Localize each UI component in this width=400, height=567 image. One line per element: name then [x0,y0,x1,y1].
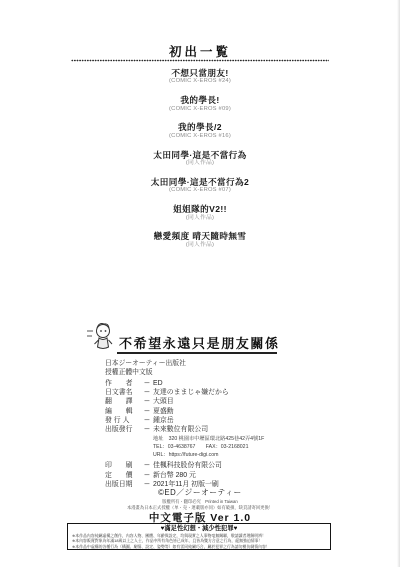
credit-row: 日文書名 ─ 友達のままじゃ嫌だから [105,388,264,397]
credit-row: 編 輯 ─ 夏盛勳 [105,407,264,416]
chapter-title: 我的學長! [0,95,400,105]
credit-value: 新台幣 280 元 [153,471,196,481]
credit-row: 印 刷 ─ 佳楓科技股份有限公司 [105,461,264,471]
credit-value: ED [153,379,163,388]
chapter-source: (同人作品) [0,160,400,167]
credit-label: 作 者 [105,379,141,388]
credit-row: 發 行 人 ─ 鍾京岳 [105,416,264,425]
credit-label: 發 行 人 [105,416,141,425]
credit-label: 編 輯 [105,407,141,416]
publisher-tel-fax: TEL：03-4638767 FAX：03-2168021 [153,444,264,452]
credits-table-2: 印 刷 ─ 佳楓科技股份有限公司 定 價 ─ 新台幣 280 元 出版日期 ─ … [105,461,264,490]
credit-dash: ─ [141,425,153,434]
credit-row: 出版發行 ─ 未來數位有限公司 [105,425,264,434]
chapter-title: 戀愛頻度 晴天隨時無雪 [0,231,400,241]
publisher-address: 地址 320 桃園市中壢區環北路425巷42弄4號1F [153,436,264,444]
disclaimer-lines: ※本作品內容純屬虛構之創作，內容人物、團體、年齡與設定，均與現實之人事物毫無關聯… [72,533,326,550]
credit-value: 大頭目 [153,397,174,406]
copyright-line: ©ED／ジーオーティー [0,487,400,498]
chapter-title: 太田同學·這是不當行為2 [0,177,400,187]
credit-row: 翻 譯 ─ 大頭目 [105,397,264,406]
first-publication-list: 不想只當朋友! (COMIC X-EROS #24) 我的學長! (COMIC … [0,68,400,259]
list-item: 太田同學·這是不當行為2 (COMIC X-EROS #07) [0,177,400,195]
credit-value: 夏盛勳 [153,407,174,416]
credit-label: 日文書名 [105,388,141,397]
chapter-source: (同人作品) [0,215,400,222]
chapter-source: (COMIC X-EROS #07) [0,187,400,194]
first-publication-list-title: 初出一覧 [0,42,400,60]
disclaimer-heading: ♥滿足性幻想・減少性犯罪♥ [72,525,326,533]
chapter-title: 不想只當朋友! [0,68,400,78]
chapter-source: (同人作品) [0,242,400,249]
disclaimer-line: ※本作品中虛構的各種行為（構圖、劇情、設定、姿勢等）如有雷同純屬巧合，屬於犯罪之… [72,544,326,550]
credit-row: 定 價 ─ 新台幣 280 元 [105,471,264,481]
title-underline [117,352,277,354]
credit-value: 鍾京岳 [153,416,174,425]
credit-value: 佳楓科技股份有限公司 [153,461,222,471]
list-item: 不想只當朋友! (COMIC X-EROS #24) [0,68,400,86]
credit-label: 出版發行 [105,425,141,434]
publisher-line: 日本ジーオーティー出版社 [105,359,186,368]
chapter-source: (COMIC X-EROS #16) [0,133,400,140]
chapter-title: 太田同學·這是不當行為 [0,150,400,160]
credit-value: 友達のままじゃ嫌だから [153,388,229,397]
chapter-title: 我的學長/2 [0,122,400,132]
chapter-source: (COMIC X-EROS #24) [0,78,400,85]
publisher-block: 日本ジーオーティー出版社 授權正體中文版 [105,359,186,378]
publisher-url: URL：https://future-digi.com [153,452,264,460]
list-item: 我的學長/2 (COMIC X-EROS #16) [0,122,400,140]
credit-dash: ─ [141,471,153,481]
chibi-mascot-illustration [86,321,114,355]
list-item: 姐姐隊的V2!! (同人作品) [0,204,400,222]
credits-table: 作 者 ─ ED 日文書名 ─ 友達のままじゃ嫌だから 翻 譯 ─ 大頭目 編 … [105,379,264,490]
credit-label: 定 價 [105,471,141,481]
colophon-page: 初出一覧 不想只當朋友! (COMIC X-EROS #24) 我的學長! (C… [0,0,400,567]
license-line: 授權正體中文版 [105,368,186,377]
credit-row: 作 者 ─ ED [105,379,264,388]
credit-label: 印 刷 [105,461,141,471]
publisher-contact-block: 地址 320 桃園市中壢區環北路425巷42弄4號1F TEL：03-46387… [153,436,264,460]
credit-dash: ─ [141,407,153,416]
disclaimer-box: ♥滿足性幻想・減少性犯罪♥ ※本作品內容純屬虛構之創作，內容人物、團體、年齡與設… [67,523,331,550]
credit-dash: ─ [141,397,153,406]
dotted-divider [71,59,329,62]
credit-value: 未來數位有限公司 [153,425,208,434]
credit-dash: ─ [141,416,153,425]
credit-dash: ─ [141,461,153,471]
list-item: 我的學長! (COMIC X-EROS #09) [0,95,400,113]
chapter-source: (COMIC X-EROS #09) [0,106,400,113]
credit-dash: ─ [141,379,153,388]
list-item: 太田同學·這是不當行為 (同人作品) [0,150,400,168]
credit-dash: ─ [141,388,153,397]
credit-label: 翻 譯 [105,397,141,406]
list-item: 戀愛頻度 晴天隨時無雪 (同人作品) [0,231,400,249]
chapter-title: 姐姐隊的V2!! [0,204,400,214]
book-title: 不希望永遠只是朋友關係 [119,333,280,352]
